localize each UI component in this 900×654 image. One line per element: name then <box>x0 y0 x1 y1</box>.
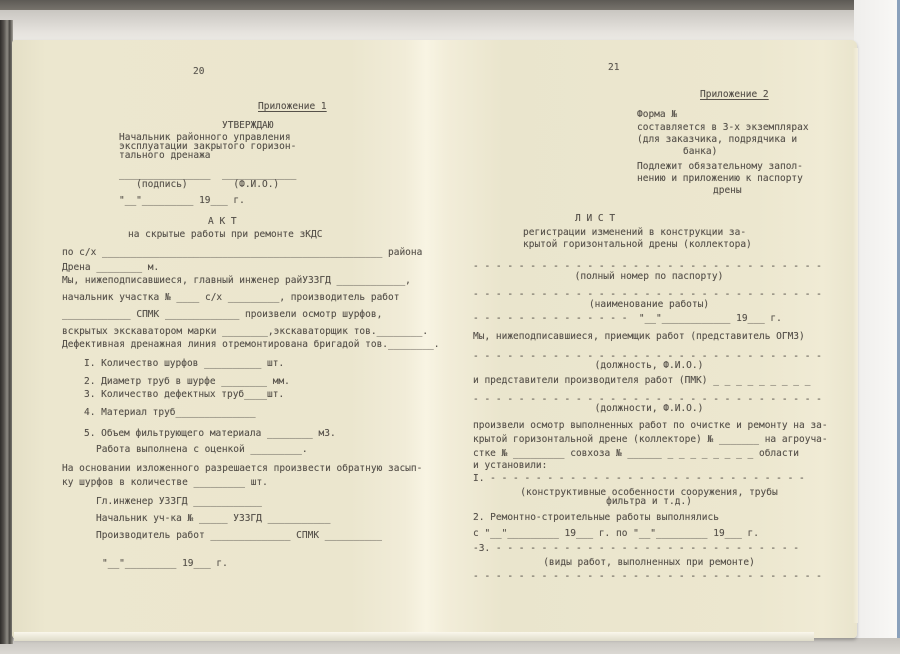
doc-line: Работа выполнена с оценкой _________. <box>96 443 440 456</box>
doc-line: 2. Диаметр труб в шурфе ________ мм. <box>84 375 440 388</box>
doc-line: На основании изложенного разрешается про… <box>62 462 440 475</box>
doc-line: и установили: <box>473 459 825 472</box>
doc-line: Дрена ________ м. <box>62 261 440 274</box>
page-stack-right-edge <box>853 48 858 623</box>
doc-line: дрены <box>713 184 825 197</box>
doc-line: Производитель работ ______________ СПМК … <box>96 529 440 542</box>
doc-line: I. - - - - - - - - - - - - - - - - - - -… <box>473 472 825 485</box>
doc-line: ____________ СПМК _____________ произвел… <box>62 308 440 321</box>
doc-line: А К Т <box>208 215 440 228</box>
doc-line: и представители производителя работ (ПМК… <box>473 374 825 387</box>
scan-right-margin <box>854 0 900 654</box>
doc-line: начальник участка № ____ с/х _________, … <box>62 291 440 304</box>
doc-line: банка) <box>683 145 825 158</box>
doc-line: произвели осмотр выполненных работ по оч… <box>473 419 825 432</box>
doc-line: крытой горизонтальной дрены (коллектора) <box>523 238 825 251</box>
scanner-top-edge <box>0 0 900 10</box>
doc-line: 4. Материал труб______________ <box>84 406 440 419</box>
doc-line: "__"_________ 19___ г. <box>119 194 440 207</box>
doc-line: Приложение 1 <box>258 100 440 113</box>
page-stack-bottom-edge <box>14 632 814 641</box>
doc-line: I. Количество шурфов __________ шт. <box>84 357 440 370</box>
doc-line: "__"_________ 19___ г. <box>102 557 440 570</box>
doc-line: Приложение 2 <box>700 88 825 101</box>
doc-line: Начальник уч-ка № _____ УЗЗГД __________… <box>96 512 440 525</box>
backing-sheet-band <box>0 10 900 42</box>
doc-line: с "__"_________ 19___ г. по "__"________… <box>473 527 825 540</box>
doc-line: ку шурфов в количестве _________ шт. <box>62 476 440 489</box>
doc-line: Л И С Т <box>575 212 825 225</box>
doc-line: -3. - - - - - - - - - - - - - - - - - - … <box>473 542 825 555</box>
doc-line: на скрытые работы при ремонте зКДС <box>128 228 440 241</box>
doc-line: крытой горизонтальной дрене (коллекторе)… <box>473 433 825 446</box>
right-page-text: Приложение 2Форма №составляется в 3-х эк… <box>473 58 825 583</box>
doc-line: (для заказчика, подрядчика и <box>637 133 825 146</box>
doc-line: Мы, нижеподписавшиеся, главный инженер р… <box>62 274 440 287</box>
doc-line: по с/х _________________________________… <box>62 246 440 259</box>
doc-line: 3. Количество дефектных труб____шт. <box>84 388 440 401</box>
doc-line: Форма № <box>637 108 825 121</box>
doc-line: - - - - - - - - - - - - - - - - - - - - … <box>473 570 825 583</box>
doc-line: (виды работ, выполненных при ремонте) <box>473 556 825 569</box>
scanned-book-spread: 20 21 Приложение 1УТВЕРЖДАЮНачальник рай… <box>0 0 900 654</box>
doc-line: 2. Ремонтно-строительные работы выполнял… <box>473 511 825 524</box>
doc-line: вскрытых экскаватором марки ________,экс… <box>62 325 440 338</box>
left-page-text: Приложение 1УТВЕРЖДАЮНачальник районного… <box>62 62 440 570</box>
doc-line: Дефективная дренажная линия отремонтиров… <box>62 338 440 351</box>
doc-line: Мы, нижеподписавшиеся, приемщик работ (п… <box>473 330 825 343</box>
doc-line: - - - - - - - - - - - - - - "__"________… <box>473 312 825 325</box>
doc-line: Гл.инженер УЗЗГД ____________ <box>96 495 440 508</box>
doc-line: 5. Объем фильтрующего материала ________… <box>84 427 440 440</box>
